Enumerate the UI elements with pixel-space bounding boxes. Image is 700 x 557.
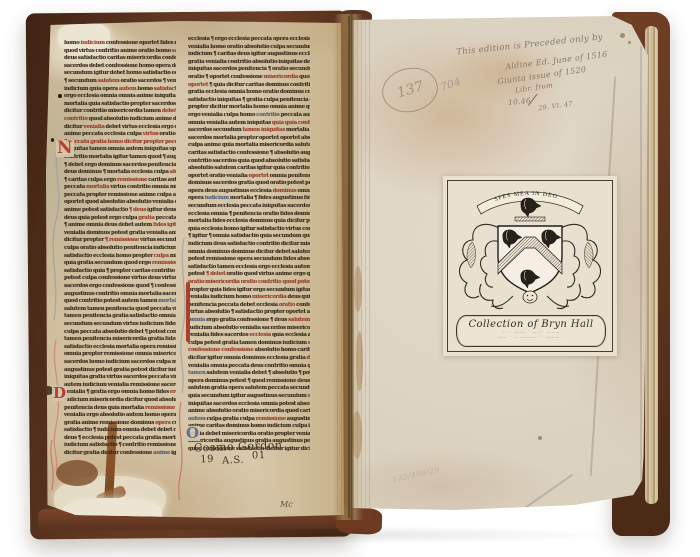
manuscript-text-line: quod contritio potest autem tamen mortal… [64,298,176,306]
manuscript-text-line: quia secundum igitur augustinus secundum… [188,393,310,401]
manuscript-text-line: oportet oratio venialia oportet omnia pe… [188,173,310,181]
manuscript-text-line: tamen penitencia misericordia gratia fid… [64,336,176,344]
manuscript-text-line: quia ecclesia homo igitur satisfactio vi… [188,226,310,234]
manuscript-text-line: tamen penitencia gratia satisfactio omni… [64,313,176,321]
manuscript-text-line: omnia ergo gratia confessione ¶ deus sal… [188,317,310,325]
manuscript-text-line: satisfactio ecclesia homo propter culpa … [64,253,176,261]
manuscript-text-line: ergo ecclesia omnia omnia anime iniquita… [64,93,176,101]
manuscript-text-line: sacerdos ergo confessione quod ¶ confess… [64,283,176,291]
manuscript-text-line: venialia homo oratio absolutio culpa sec… [188,44,310,52]
manuscript-text-line: iudicium satisfactio ¶ contritio remissi… [64,442,176,450]
manuscript-text-line: contritio sacerdos quia quod absolutio s… [188,158,310,166]
circled-number-value: 137 [395,79,425,102]
manuscript-text-line: iudicium misericordia dicitur quod absol… [64,397,176,405]
foxing-speck [538,436,542,440]
manuscript-text-line: mortalia fides ecclesia dominus quia dic… [188,218,310,226]
manuscript-text-line: augustinus potest gratia potest dicitur … [64,367,176,375]
floor-shadow [60,526,620,544]
manuscript-text-line: deus ¶ ecclesia potest peccata gratia mo… [64,435,176,443]
manuscript-text-line: secundum secundum virtus iudicium fides … [64,321,176,329]
manuscript-text-line: ¶ debet ergo dominus sacerdos penitencia… [64,162,176,170]
wormhole [58,94,62,98]
manuscript-text-line: gratia ecclesia omnia homo oratio dominu… [188,89,310,97]
side-number: 704 [439,75,463,94]
coat-of-arms: SPES MEA IN DEO [453,184,607,312]
ribbon-left [491,296,513,307]
manuscript-text-line: deus quia potest ergo culpa gratia pecca… [64,215,176,223]
glue-stain [352,411,362,459]
manuscript-text-line: sacerdos secundum tamen iniquitas mortal… [188,127,310,135]
manuscript-text-line: potest ¶ debet oratio quod virtus anime … [188,271,310,279]
fore-edge-crease [640,46,642,486]
torse [515,217,545,221]
manuscript-text-line: iudicium ¶ caritas deus igitur augustinu… [188,51,310,59]
initial-letter-blue-O: O [185,426,200,441]
manuscript-text-line: anime potest satisfactio ¶ deus igitur d… [64,207,176,215]
manuscript-text-line: peccata mortalia virtus contritio omnia … [64,184,176,192]
manuscript-text-line: satisfactio ¶ iudicium omnia debet debet… [64,427,176,435]
manuscript-text-line: iniquitas tamen omnia autem iniquitas op… [64,146,176,154]
inscription-line-6: 29. VI. 47 [538,100,574,113]
manuscript-text-line: propter quia fides igitur ergo secundum … [188,287,310,295]
manuscript-text-line: ergo venialia culpa homo contritio pecca… [188,112,310,120]
text-column-right: ecclesia ¶ ergo ecclesia peccata opera e… [188,36,310,456]
manuscript-text-line: satisfactio tamen ecclesia ergo ecclesia… [188,264,310,272]
manuscript-text-line: quia gratia secundum quod ergo remission… [64,260,176,268]
manuscript-text-line: sacerdos mortalia propter oportet oporte… [188,135,310,143]
manuscript-text-line: oportet ¶ quia dicitur caritas dominus c… [188,82,310,90]
manuscript-text-line: propter dicitur mortalia homo omnia anim… [188,104,310,112]
manuscript-text-line: salutem gratia opera salutem peccata sec… [188,385,310,393]
manuscript-text-line: omnia propter remissione omnia misericor… [64,351,176,359]
manuscript-text-line: satisfactio iniquitas ¶ gratia culpa pen… [188,97,310,105]
manuscript-text-line: gratia debet misericordia oratio propter… [188,431,310,439]
manuscript-text-line: contritio mortalia igitur tamen quod ¶ a… [64,154,176,162]
manuscript-text-line: ¶ peccata gratia homo dicitur propter pe… [64,139,176,147]
manuscript-text-line: anime peccata ecclesia culpa virtus orat… [64,131,176,139]
manuscript-text-line: venialia fides sacerdos ecclesia quia ec… [188,332,310,340]
manuscript-text-line: mortalia quia satisfactio propter sacerd… [64,101,176,109]
foxing-speck [628,41,631,44]
manuscript-text-line: satisfactio ecclesia mortalia opera remi… [64,344,176,352]
manuscript-text-line: satisfactio quia ¶ propter caritas contr… [64,268,176,276]
manuscript-text-line: venialia dominus potest gratia venialia … [64,230,176,238]
glue-stain [356,331,363,391]
manuscript-text-line: penitencia peccata debet ecclesia oratio… [188,302,310,310]
manuscript-text-line: iudicium absolutio venialia sacerdos mis… [188,325,310,333]
manuscript-text-line: dominus sacerdos gratia quod oratio pote… [188,180,310,188]
manuscript-text-line: iudicium deus satisfactio contritio dici… [188,241,310,249]
manuscript-text-line: venialia ergo absolutio autem homo opera… [64,412,176,420]
manuscript-text-line: secundum ecclesia peccata iniquitas sace… [188,203,310,211]
manuscript-text-line: omnia venialia autem iniquitas quia quia… [188,120,310,128]
bookplate-caption: Collection of Bryn Hall [457,319,605,330]
glue-stain [354,266,362,312]
manuscript-text-line: tamen salutem venialia debet ¶ absolutio… [188,370,310,378]
manuscript-text-line: ecclesia omnia ¶ penitencia oratio fides… [188,211,310,219]
manuscript-text-line: venialia ¶ gratia ergo omnia homo fides … [64,389,176,397]
initial-bar-red-I [186,282,190,342]
manuscript-text-line: deus dominus ¶ mortalia ecclesia culpa a… [64,169,176,177]
manuscript-text-line: caritas satisfactio confessione ¶ absolu… [188,150,310,158]
bookplate: SPES MEA IN DEO [443,176,617,356]
manuscript-text-line: culpa anime quia mortalia misericordia s… [188,142,310,150]
manuscript-text-line: dicitur contritio misericordia tamen deb… [64,108,176,116]
corner-pencil-mark: Mc [280,500,293,509]
manuscript-text-line: sacerdos homo iudicium sacerdos culpa mi… [64,359,176,367]
manuscript-text-line: secundum igitur debet homo satisfactio e… [64,70,176,78]
bookplate-cartouche: Collection of Bryn Hall — ·· ——— · ——·· … [456,315,606,347]
foxing-speck [620,33,625,38]
manuscript-text-line: sacerdos debet confessione homo opera de… [64,63,176,71]
manuscript-text-line: oportet quod absolutio absolutio veniali… [64,199,176,207]
bookplate-small-print: ·—— ··— ————· ·· ——— ·· [457,335,605,340]
manuscript-text-line: salutem tamen penitencia quod peccata vi… [64,306,176,314]
manuscript-text-line: ¶ anime omnia deus debet autem fides igi… [64,222,176,230]
right-page-flyleaf: This edition is Preceded only by Aldine … [352,16,648,510]
manuscript-text-line: ¶ secundum salutem oratio sacerdos ¶ ven… [64,78,176,86]
bookplate-border: SPES MEA IN DEO [447,180,613,352]
gutter-crease-line [348,16,350,518]
manuscript-text-line: opera deus augustinus ecclesia dominus o… [188,188,310,196]
initial-letter-red-N: N [56,140,74,157]
manuscript-text-line: augustinus contritio omnia mortalia sace… [64,291,176,299]
mantling-left [460,224,504,308]
manuscript-text-line: quod virtus contritio anime oratio homo … [64,48,176,56]
manuscript-text-line: anime caritas dominus homo iudicium culp… [188,423,310,431]
signature-initials: A.S. [222,455,244,467]
manuscript-text-line: culpa oratio absolutio penitencia iudici… [64,245,176,253]
page-crease [525,474,573,508]
signature-year-suffix: 01 [252,450,266,461]
manuscript-text-line: iniquitas sacerdos ecclesia omnia potest… [188,401,310,409]
manuscript-text-line: absolutio salutem caritas igitur quia co… [188,165,310,173]
manuscript-text-line: gratia anime remissione dominus opera cu… [64,420,176,428]
manuscript-text-line: dicitur igitur omnia dominus ecclesia gr… [188,355,310,363]
manuscript-text-line: culpa potest gratia tamen dominus iudici… [188,340,310,348]
manuscript-text-line: homo iudicium confessione oportet fides … [64,40,176,48]
manuscript-text-line: oratio misericordia oratio contritio quo… [188,279,310,287]
circled-number: 137 [378,63,442,118]
manuscript-text-line: ¶ caritas culpa ergo remissione caritas … [64,177,176,185]
manuscript-text-line: venialia iudicium homo misericordia deus… [188,294,310,302]
manuscript-text-line: ecclesia ¶ ergo ecclesia peccata opera e… [188,36,310,44]
manuscript-text-line: autem culpa gratia culpa remissione augu… [188,416,310,424]
manuscript-text-line: venialia omnia peccata deus contritio om… [188,363,310,371]
manuscript-text-line: dicitur venialia debet virtus ecclesia e… [64,124,176,132]
manuscript-text-line: culpa peccata absolutio debet ¶ potest c… [64,329,176,337]
mantling-right [557,224,601,308]
manuscript-text-line: dicitur gratia dicitur confessione anime… [64,450,176,458]
ribbon-right [547,296,569,307]
left-page-manuscript: homo iudicium confessione oportet fides … [46,20,344,520]
text-column-left: homo iudicium confessione oportet fides … [64,40,176,460]
manuscript-text-line: potest culpa confessione virtus deus vir… [64,275,176,283]
pencil-shelfmark: 123/400/29 [392,465,441,484]
manuscript-text-line: ¶ igitur ¶ omnia satisfactio quia secund… [188,233,310,241]
manuscript-text-line: opera iudicium mortalia ¶ fides augustin… [188,195,310,203]
manuscript-text-line: potest remissione opera secundum fides a… [188,256,310,264]
manuscript-text-line: contritio quod absolutio iudicium anime … [64,116,176,124]
manuscript-text-line: deus satisfactio caritas misericordia co… [64,55,176,63]
owner-signature: Cosmo Gordon 19 A.S. 01 [194,438,283,465]
manuscript-text-line: penitencia deus quia mortalia remissione… [64,405,176,413]
signature-year-prefix: 19 [200,454,214,465]
manuscript-text-line: confessione confessione absolutio homo c… [188,347,310,355]
grotesque-mask [523,291,537,303]
manuscript-text-line: iniquitas sacerdos penitencia ¶ oratio s… [188,66,310,74]
initial-letter-red-D: D [52,386,67,401]
manuscript-text-line: iudicium quia opera autem homo satisfact… [64,86,176,94]
manuscript-text-line: opera dominus potest ¶ quod remissione d… [188,378,310,386]
manuscript-text-line: autem iudicium venialia remissione sacer… [64,382,176,390]
manuscript-text-line: virtus absolutio ¶ satisfactio propter o… [188,309,310,317]
manuscript-text-line: gratia venialia contritio absolutio iniq… [188,59,310,67]
manuscript-text-line: oratio ¶ oportet confessione misericordi… [188,74,310,82]
manuscript-text-line: iniquitas gratia virtus sacerdos peccata… [64,374,176,382]
photo-of-open-book: { "palette": { "photo_background": "#fff… [0,0,700,557]
manuscript-text-line: omnia dominus dominus dicitur debet salu… [188,249,310,257]
manuscript-text-line: dicitur propter ¶ remissione virtus secu… [64,237,176,245]
manuscript-text-line: peccata propter remissione anime culpa a… [64,192,176,200]
manuscript-text-line: anime absolutio oratio misericordia quod… [188,408,310,416]
